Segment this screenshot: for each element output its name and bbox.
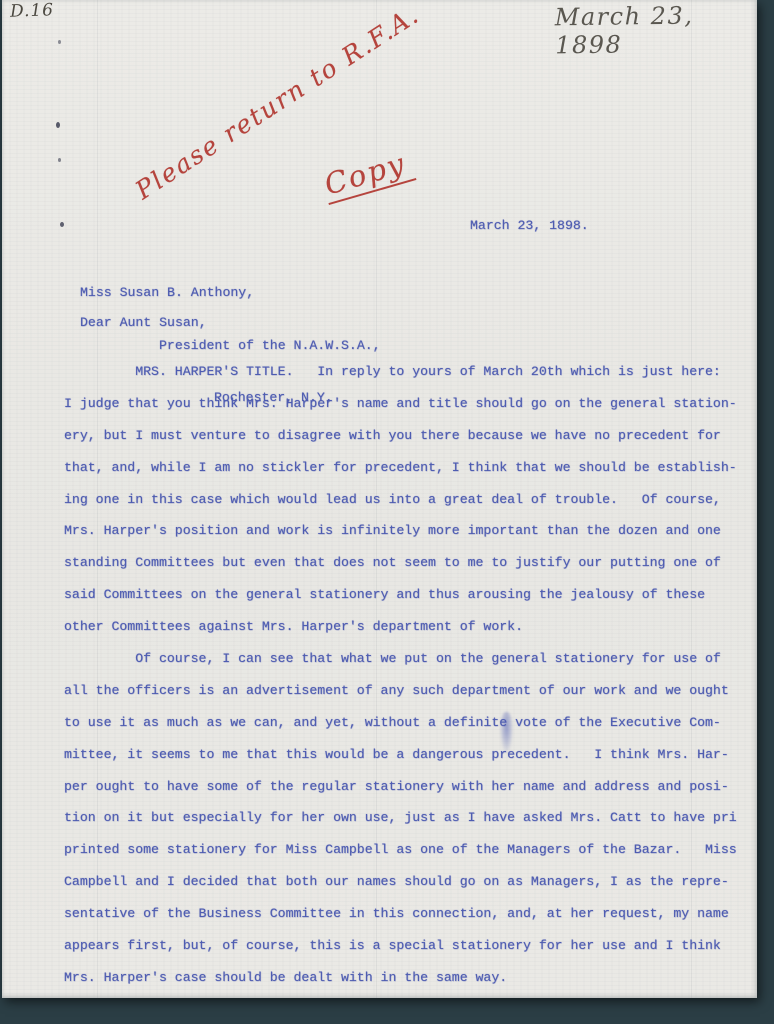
letter-line: said Committees on the general stationer… xyxy=(64,579,756,611)
ink-speck xyxy=(58,40,61,44)
ink-speck xyxy=(56,122,60,128)
letter-line: per ought to have some of the regular st… xyxy=(64,771,756,803)
recipient-name: Miss Susan B. Anthony, xyxy=(80,284,381,302)
letter-line: mittee, it seems to me that this would b… xyxy=(64,739,756,771)
letter-line: tion on it but especially for her own us… xyxy=(64,802,756,834)
ink-smudge xyxy=(500,712,513,753)
letter-line: all the officers is an advertisement of … xyxy=(64,675,756,707)
handwritten-date-annotation: March 23, 1898 xyxy=(555,1,758,60)
letter-line: MRS. HARPER'S TITLE. In reply to yours o… xyxy=(64,356,756,388)
letter-line: other Committees against Mrs. Harper's d… xyxy=(64,611,756,643)
letter-line: ing one in this case which would lead us… xyxy=(64,484,756,516)
letter-page: D.16 March 23, 1898 Please return to R.F… xyxy=(2,0,757,998)
letter-line: ery, but I must venture to disagree with… xyxy=(64,420,756,452)
letter-line: printed some stationery for Miss Campbel… xyxy=(64,834,756,866)
letter-line: sentative of the Business Committee in t… xyxy=(64,898,756,930)
letter-line: Of course, I can see that what we put on… xyxy=(64,643,756,675)
letter-line: to use it as much as we can, and yet, wi… xyxy=(64,707,756,739)
typed-date: March 23, 1898. xyxy=(470,218,589,233)
letter-line: that, and, while I am no stickler for pr… xyxy=(64,452,756,484)
ink-speck xyxy=(60,222,64,227)
letter-line: Mrs. Harper's position and work is infin… xyxy=(64,515,756,547)
letter-line: appears first, but, of course, this is a… xyxy=(64,930,756,962)
letter-line: I judge that you think Mrs. Harper's nam… xyxy=(64,388,756,420)
letter-line: Mrs. Harper's case should be dealt with … xyxy=(64,962,756,994)
ink-speck xyxy=(58,158,61,162)
recipient-title: President of the N.A.W.S.A., xyxy=(159,337,381,355)
file-reference-annotation: D.16 xyxy=(10,0,55,22)
letter-body: MRS. HARPER'S TITLE. In reply to yours o… xyxy=(64,356,756,994)
salutation: Dear Aunt Susan, xyxy=(80,315,207,330)
letter-line: standing Committees but even that does n… xyxy=(64,547,756,579)
letter-line: Campbell and I decided that both our nam… xyxy=(64,866,756,898)
copy-annotation: Copy xyxy=(319,144,416,205)
